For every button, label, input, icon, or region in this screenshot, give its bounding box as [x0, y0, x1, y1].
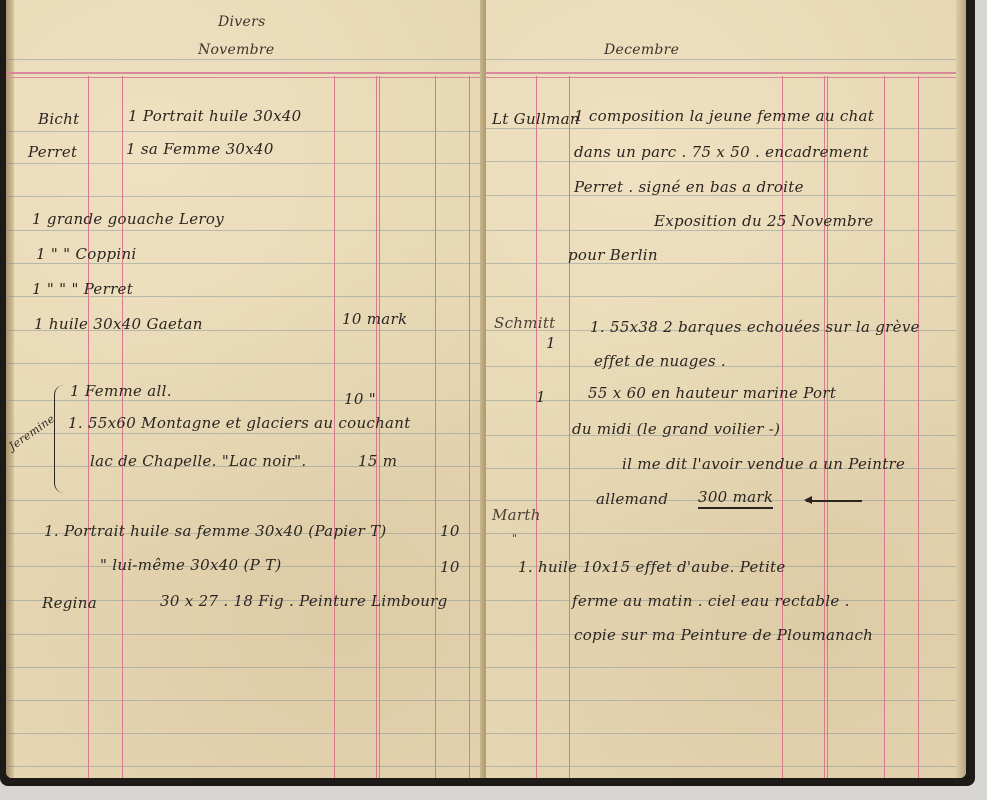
- bracket: [54, 385, 65, 493]
- entry-amount: 300 mark: [698, 488, 773, 509]
- entry-name: Bicht: [38, 110, 79, 128]
- entry-text: 1 grande gouache Leroy: [32, 210, 224, 228]
- entry-text: Exposition du 25 Novembre: [654, 212, 874, 230]
- entry-text: " lui-même 30x40 (P T): [100, 556, 282, 574]
- entry-text: copie sur ma Peinture de Ploumanach: [574, 626, 873, 644]
- entry-text: effet de nuages .: [594, 352, 726, 370]
- entry-text: il me dit l'avoir vendue a un Peintre: [622, 455, 905, 473]
- entry-text: 1 " " " Perret: [32, 280, 133, 298]
- entry-text: 1 " " Coppini: [36, 245, 137, 263]
- entry-name: Regina: [42, 594, 97, 612]
- entry-text: 1 Portrait huile 30x40: [128, 107, 302, 125]
- entry-count: 1: [536, 388, 546, 406]
- entry-text: 1. Portrait huile sa femme 30x40 (Papier…: [44, 522, 387, 540]
- entry-amount: 10: [440, 558, 460, 576]
- page-edge: [956, 0, 966, 778]
- entry-amount: 10 mark: [342, 310, 407, 328]
- entry-name: Lt Gullman: [492, 110, 580, 128]
- entry-text: 1 sa Femme 30x40: [126, 140, 274, 158]
- arrow-icon: [806, 500, 862, 502]
- entry-text: 1 composition la jeune femme au chat: [574, 107, 874, 125]
- entry-text: ferme au matin . ciel eau rectable .: [572, 592, 850, 610]
- entry-count: 1: [546, 334, 556, 352]
- entry-amount: 10 ": [344, 390, 376, 408]
- entry-text: 55 x 60 en hauteur marine Port: [588, 384, 836, 402]
- entry-text: 1 Femme all.: [70, 382, 172, 400]
- entry-text: dans un parc . 75 x 50 . encadrement: [574, 143, 869, 161]
- entry-text: 1. huile 10x15 effet d'aube. Petite: [518, 558, 786, 576]
- right-page: Decembre Lt Gullman 1 composition la jeu…: [486, 0, 966, 778]
- left-page: Divers Novembre Bicht 1 Portrait huile 3…: [6, 0, 484, 778]
- entry-text: Perret . signé en bas a droite: [574, 178, 804, 196]
- month-heading: Decembre: [604, 42, 679, 58]
- entry-name: Marth: [492, 506, 541, 524]
- entry-name: Schmitt: [494, 314, 556, 332]
- ditto-mark: ": [512, 532, 517, 545]
- entry-text: 1. 55x60 Montagne et glaciers au couchan…: [68, 414, 411, 432]
- entry-text: du midi (le grand voilier -): [572, 420, 780, 438]
- entry-amount: 15 m: [358, 452, 397, 470]
- page-heading: Divers: [218, 14, 266, 30]
- entry-text: allemand: [596, 490, 668, 508]
- month-heading: Novembre: [198, 42, 275, 58]
- page-edge: [6, 0, 14, 778]
- entry-amount: 10: [440, 522, 460, 540]
- entry-text: lac de Chapelle. "Lac noir".: [90, 452, 306, 470]
- entry-text: 30 x 27 . 18 Fig . Peinture Limbourg: [160, 592, 448, 610]
- entry-name: Perret: [28, 143, 77, 161]
- entry-text: pour Berlin: [568, 246, 658, 264]
- entry-text: 1. 55x38 2 barques echouées sur la grève: [590, 318, 920, 336]
- entry-text: 1 huile 30x40 Gaetan: [34, 315, 203, 333]
